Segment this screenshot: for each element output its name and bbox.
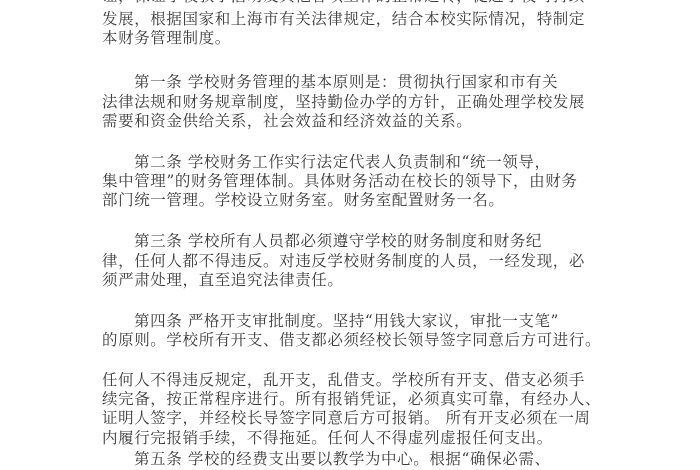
article-3-line-2: 律，任何人都不得违反。对违反学校财务制度的人员，一经发现，必 xyxy=(102,252,585,271)
article-3-line-1: 第三条 学校所有人员都必须遵守学校的财务制度和财务纪 xyxy=(134,232,542,251)
article-4-cont-line-2: 续完备，按正常程序进行。所有报销凭证，必须真实可靠，有经办人、 xyxy=(102,390,601,409)
article-4-cont-line-4: 内履行完报销手续，不得拖延。任何人不得虚列虚报任何支出。 xyxy=(102,429,553,448)
article-1-line-2: 法律法规和财务规章制度，坚持勤俭办学的方针，正确处理学校发展 xyxy=(102,93,585,112)
article-4-line-1: 第四条 严格开支审批制度。坚持“用钱大家议，审批一支笔” xyxy=(134,312,559,331)
article-2-line-2: 集中管理”的财务管理体制。具体财务活动在校长的领导下，由财务 xyxy=(102,172,577,191)
article-1-line-3: 需要和资金供给关系，社会效益和经济效益的关系。 xyxy=(102,112,472,131)
article-1-line-1: 第一条 学校财务管理的基本原则是：贯彻执行国家和市有关 xyxy=(134,73,558,92)
text-line-intro-3: 本财务管理制度。 xyxy=(102,29,231,48)
text-line-intro-2: 发展，根据国家和上海市有关法律规定，结合本校实际情况，特制定 xyxy=(102,10,585,29)
text-line-partial-top: 证，保证学校教学活动及其他各项工作的正常运转，促进学校可持续 xyxy=(102,0,585,6)
article-5-line-1: 第五条 学校的经费支出要以教学为中心。根据“确保必需、 xyxy=(134,450,551,469)
article-4-cont-line-3: 证明人签字，并经校长导签字同意后方可报销。 所有开支必须在一周 xyxy=(102,409,591,428)
article-4-line-2: 的原则。学校所有开支、借支都必须经校长领导签字同意后方可进行。 xyxy=(102,331,601,350)
article-4-cont-line-1: 任何人不得违反规定，乱开支，乱借支。学校所有开支、借支必须手 xyxy=(102,371,585,390)
article-2-line-1: 第二条 学校财务工作实行法定代表人负责制和“统一领导， xyxy=(134,153,551,172)
article-2-line-3: 部门统一管理。学校设立财务室。财务室配置财务一名。 xyxy=(102,191,505,210)
document-page: 证，保证学校教学活动及其他各项工作的正常运转，促进学校可持续 发展，根据国家和上… xyxy=(0,0,700,470)
article-3-line-3: 须严肃处理，直至追究法律责任。 xyxy=(102,271,344,290)
